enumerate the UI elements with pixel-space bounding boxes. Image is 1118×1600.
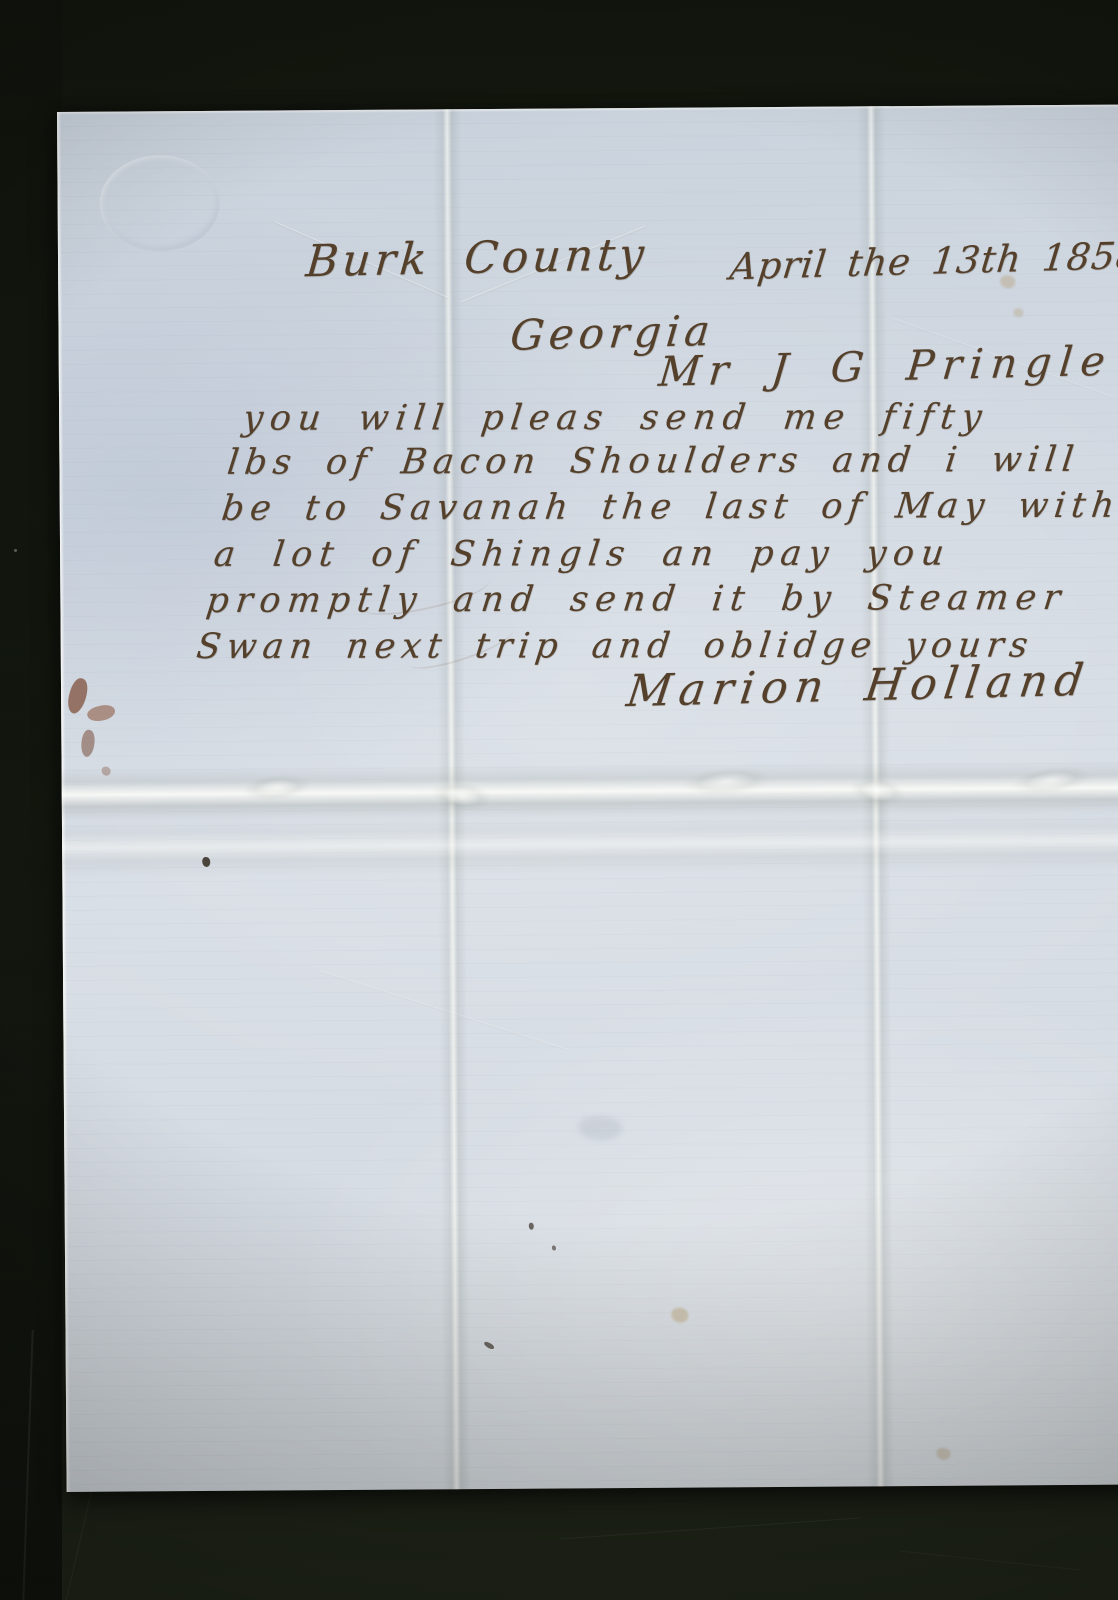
rust-ink-stain [79,729,96,758]
rust-ink-stain [64,676,91,715]
foxing-spot [1013,308,1023,317]
letter-place-line: Burk County [304,229,650,287]
letter-body-line: you will pleas send me fifty [241,397,991,438]
ink-speck [483,1341,495,1351]
background-dust-speck [14,549,17,552]
foxing-spot [936,1448,950,1460]
ink-speck [552,1246,556,1251]
rust-ink-stain [86,702,117,723]
letter-body-line: a lot of Shingls an pay you [212,534,953,575]
letter-body-line: lbs of Bacon Shoulders and i will [225,440,1082,483]
letter-date-line: April the 13th 1858 [728,234,1118,289]
letter-body-line: promptly and send it by Steamer [204,578,1069,621]
letter-signature: Marion Holland [624,655,1094,717]
ink-speck [529,1223,534,1230]
background-scratch [900,1551,1079,1571]
ink-speck [202,857,210,867]
letter-addressee-line: Mr J G Pringle [656,337,1115,396]
rust-ink-stain [102,767,111,776]
embossed-paper-seal [99,155,220,252]
horizontal-fold-crease-soft [62,810,1118,878]
background-scratch [560,1518,859,1540]
gray-smudge [578,1116,622,1140]
letter-sheet: Burk County April the 13th 1858 Georgia … [57,104,1118,1491]
foxing-spot [671,1308,688,1323]
letter-body-line: be to Savanah the last of May with [219,486,1118,529]
scan-background: Burk County April the 13th 1858 Georgia … [0,0,1118,1600]
